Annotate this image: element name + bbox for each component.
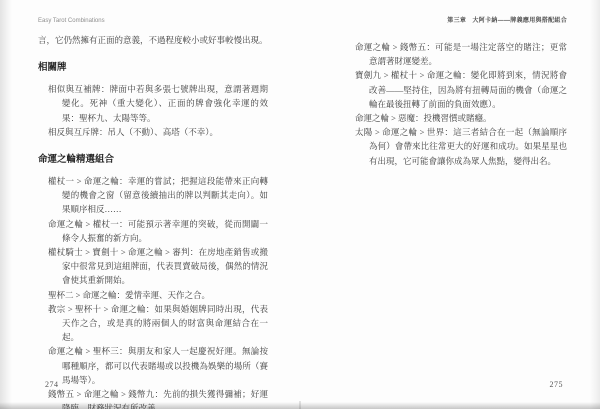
page-number-left: 274: [45, 380, 59, 389]
book-spread: Easy Tarot Combinations 言，它仍然擁有正面的意義，不過程…: [0, 0, 600, 409]
list-item: 聖杯二 > 命運之輪：愛情幸運、天作之合。: [38, 288, 268, 302]
section-heading-related-cards: 相關牌: [38, 62, 268, 74]
list-item: 寶劍九 > 權杖十 > 命運之輪：變化即將到來，情況將會改善——堅持住，因為將有…: [345, 68, 567, 111]
list-item: 命運之輪 > 錢幣五：可能是一場注定落空的賭注；更常意謂著財運變差。: [345, 40, 567, 68]
list-item: 權杖騎士 > 寶劍十 > 命運之輪 > 審判：在房地產銷售或搬家中很常見到這組牌…: [38, 245, 268, 288]
section-heading-wheel-combinations: 命運之輪精選組合: [38, 154, 268, 166]
page-edge-shadow-right: [590, 0, 600, 409]
page-number-right: 275: [550, 380, 564, 389]
page-right-content: 命運之輪 > 錢幣五：可能是一場注定落空的賭注；更常意謂著財運變差。 寶劍九 >…: [345, 40, 567, 168]
running-head-right: 第三章 大阿卡納——牌義應用與搭配組合: [447, 18, 567, 25]
list-item: 錢幣五 > 命運之輪 > 錢幣九：先前的損失獲得彌補；好運降臨，財務狀況有所改善…: [38, 387, 268, 409]
page-right: 第三章 大阿卡納——牌義應用與搭配組合 命運之輪 > 錢幣五：可能是一場注定落空…: [345, 0, 567, 409]
page-left: Easy Tarot Combinations 言，它仍然擁有正面的意義，不過程…: [38, 0, 268, 409]
list-item: 命運之輪 > 權杖一：可能預示著幸運的突破，從而開闢一條令人振奮的新方向。: [38, 217, 268, 245]
list-item: 命運之輪 > 惡魔：投機習慣或賭癮。: [345, 111, 567, 125]
page-left-content: 言，它仍然擁有正面的意義，不過程度較小或好事較慢出現。 相關牌 相似與互補牌：牌…: [38, 33, 268, 409]
list-item: 相似與互補牌：牌面中若與多張七號牌出現，意謂著週期變化。死神（重大變化）、正面的…: [38, 82, 268, 125]
list-item: 權杖一 > 命運之輪：幸運的嘗試；把握這段能帶來正向轉變的機會之窗（留意後續抽出…: [38, 174, 268, 217]
list-item: 命運之輪 > 聖杯三：與朋友和家人一起慶祝好運。無論按哪種順序，都可以代表賭場或…: [38, 344, 268, 387]
running-head-left: Easy Tarot Combinations: [38, 18, 105, 25]
page-edge-shadow-left: [0, 0, 12, 409]
center-crease: [299, 401, 301, 409]
intro-paragraph: 言，它仍然擁有正面的意義，不過程度較小或好事較慢出現。: [38, 33, 268, 47]
list-item: 教宗 > 聖杯十 > 命運之輪：如果與婚姻牌同時出現，代表天作之合，或是真的將兩…: [38, 302, 268, 345]
list-item: 太陽 > 命運之輪 > 世界：這三者結合在一起（無論順序為何）會帶來比往常更大的…: [345, 125, 567, 168]
list-item: 相反與互斥牌：吊人（不動）、高塔（不幸）。: [38, 125, 268, 139]
